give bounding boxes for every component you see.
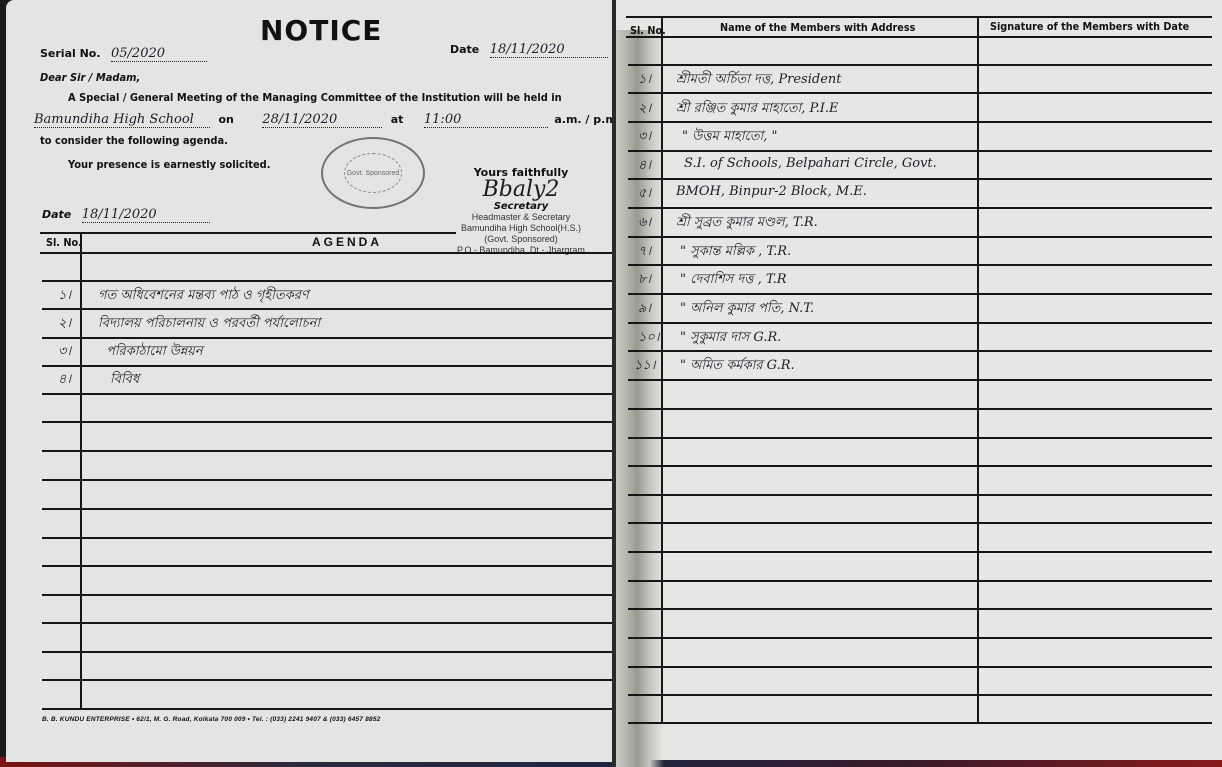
body-line-1: A Special / General Meeting of the Manag… — [68, 91, 562, 104]
school-seal: Govt. Sponsored — [321, 137, 425, 209]
agenda-text: বিবিধ — [110, 370, 139, 391]
meeting-details-line: Bamundiha High School on 28/11/2020 at 1… — [34, 110, 621, 128]
bottom-date-value: 18/11/2020 — [82, 207, 210, 223]
member-name: শ্রী রঞ্জিত কুমার মাহাতো, P.I.E — [676, 99, 839, 120]
presence-line: Your presence is earnestly solicited. — [68, 158, 271, 171]
agenda-text: বিদ্যালয় পরিচালনায় ও পরবর্তী পর্যালোচন… — [98, 314, 320, 335]
member-name: শ্রী সুব্রত কুমার মণ্ডল, T.R. — [676, 213, 818, 234]
agenda-text: গত অধিবেশনের মন্তব্য পাঠ ও গৃহীতকরণ — [98, 286, 309, 307]
member-name: " অমিত কর্মকার G.R. — [680, 356, 795, 377]
member-sl: ২। — [638, 99, 651, 120]
bottom-date-field: Date 18/11/2020 — [42, 205, 210, 223]
stamp-type: (Govt. Sponsored) — [446, 234, 596, 245]
member-sl: ৩। — [638, 127, 651, 148]
notice-date-field: Date 18/11/2020 — [450, 40, 608, 58]
date-label: Date — [450, 43, 479, 56]
serial-number-field: Serial No. 05/2020 — [40, 44, 207, 62]
member-sl: ১০। — [638, 328, 660, 349]
member-name: " দেবাশিস দত্ত , T.R — [680, 270, 787, 291]
member-sl: ৪। — [638, 156, 651, 177]
members-col-signature: Signature of the Members with Date — [990, 20, 1189, 33]
ampm-label: a.m. / p.m. — [554, 113, 621, 126]
notice-title: NOTICE — [260, 14, 382, 47]
member-sl: ৬। — [638, 213, 651, 234]
on-label: on — [218, 113, 233, 126]
body-line-2: to consider the following agenda. — [40, 134, 228, 147]
date-value: 18/11/2020 — [490, 42, 608, 58]
member-name: " সুকুমার দাস G.R. — [680, 328, 781, 349]
serial-value: 05/2020 — [111, 46, 207, 62]
meeting-time-value: 11:00 — [424, 112, 548, 128]
members-col-name: Name of the Members with Address — [720, 21, 915, 34]
notice-page: NOTICE Serial No. 05/2020 Date 18/11/202… — [6, 0, 612, 762]
bottom-date-label: Date — [42, 208, 71, 221]
secretary-signature: Bbaly2 — [446, 179, 596, 201]
member-sl: ১। — [638, 70, 651, 91]
agenda-sl: ১। — [58, 286, 71, 307]
agenda-sl: ২। — [58, 314, 71, 335]
stamp-address: P.O - Bamundiha, Dt - Jhargram — [446, 245, 596, 256]
member-sl: ৭। — [638, 242, 651, 263]
agenda-sl: ৪। — [58, 370, 71, 391]
member-name: " অনিল কুমার পতি, N.T. — [680, 299, 814, 320]
member-sl: ১১। — [634, 356, 656, 377]
agenda-sl: ৩। — [58, 342, 71, 363]
serial-label: Serial No. — [40, 47, 101, 60]
stamp-title: Headmaster & Secretary — [446, 212, 596, 223]
member-sl: ৫। — [638, 184, 651, 205]
agenda-col-agenda: AGENDA — [312, 235, 382, 249]
meeting-date-value: 28/11/2020 — [262, 112, 382, 128]
seal-center-text: Govt. Sponsored — [347, 169, 400, 178]
signature-block: Yours faithfully Bbaly2 Secretary Headma… — [446, 166, 596, 256]
salutation: Dear Sir / Madam, — [40, 71, 140, 84]
printer-footer: B. B. KUNDU ENTERPRISE • 62/1, M. G. Roa… — [42, 716, 380, 723]
member-sl: ৯। — [638, 299, 651, 320]
member-name: BMOH, Binpur-2 Block, M.E. — [676, 184, 867, 199]
agenda-text: পরিকাঠামো উন্নয়ন — [106, 342, 203, 363]
stamp-school: Bamundiha High School(H.S.) — [446, 223, 596, 234]
members-col-sl: Sl. No. — [630, 24, 666, 37]
member-sl: ৮। — [638, 270, 651, 291]
secretary-label: Secretary — [446, 201, 596, 212]
venue-value: Bamundiha High School — [34, 112, 210, 128]
member-name: " সুকান্ত মল্লিক , T.R. — [680, 242, 791, 263]
member-name: শ্রীমতী অর্চিতা দত্ত, President — [676, 70, 842, 91]
member-name: " উত্তম মাহাতো, " — [682, 127, 777, 148]
members-page: Sl. No. Name of the Members with Address… — [616, 0, 1222, 760]
seal-center: Govt. Sponsored — [344, 153, 402, 193]
at-label: at — [391, 113, 404, 126]
member-name: S.I. of Schools, Belpahari Circle, Govt. — [684, 156, 937, 171]
agenda-col-sl: Sl. No. — [46, 236, 82, 249]
